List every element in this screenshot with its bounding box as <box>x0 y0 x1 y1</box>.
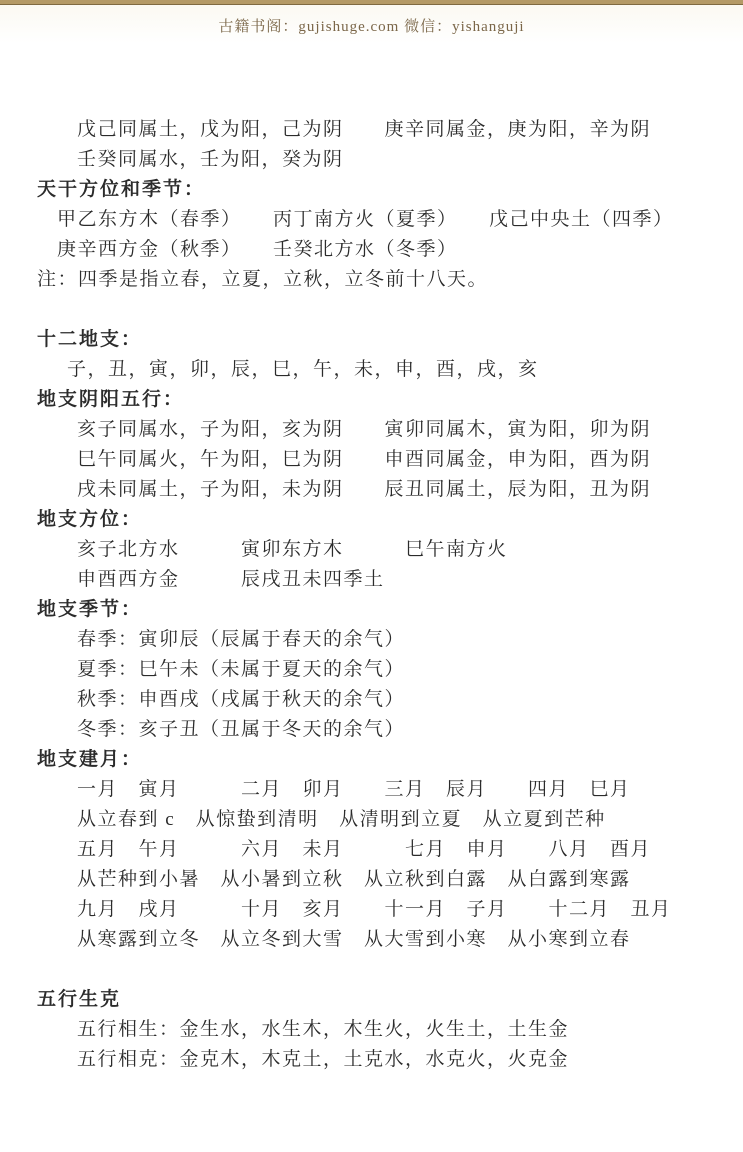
section-heading: 地支阴阳五行： <box>37 385 723 415</box>
text-line: 五行相生：金生水，水生木，木生火，火生土，土生金 <box>37 1015 723 1045</box>
text-line: 夏季：巳午未（未属于夏天的余气） <box>37 655 723 685</box>
text-line: 戌未同属土，子为阳，未为阴 辰丑同属土，辰为阳，丑为阴 <box>37 475 723 505</box>
text-line: 申酉西方金 辰戌丑未四季土 <box>37 565 723 595</box>
text-line: 九月 戌月 十月 亥月 十一月 子月 十二月 丑月 <box>37 895 723 925</box>
text-line: 亥子同属水，子为阳，亥为阴 寅卯同属木，寅为阳，卯为阴 <box>37 415 723 445</box>
text-line: 壬癸同属水，壬为阳，癸为阴 <box>37 145 723 175</box>
text-line: 从芒种到小暑 从小暑到立秋 从立秋到白露 从白露到寒露 <box>37 865 723 895</box>
document-body: 戊己同属土，戊为阳，己为阴 庚辛同属金，庚为阳，辛为阴壬癸同属水，壬为阳，癸为阴… <box>37 115 723 1075</box>
text-line: 春季：寅卯辰（辰属于春天的余气） <box>37 625 723 655</box>
section-heading: 地支季节： <box>37 595 723 625</box>
blank-line <box>37 295 723 325</box>
section-heading: 十二地支： <box>37 325 723 355</box>
section-heading: 地支方位： <box>37 505 723 535</box>
text-line: 亥子北方水 寅卯东方木 巳午南方火 <box>37 535 723 565</box>
text-line: 巳午同属火，午为阳，巳为阴 申酉同属金，申为阳，酉为阴 <box>37 445 723 475</box>
section-heading: 地支建月： <box>37 745 723 775</box>
text-line: 庚辛西方金（秋季） 壬癸北方水（冬季） <box>37 235 723 265</box>
blank-line <box>37 955 723 985</box>
section-heading: 天干方位和季节： <box>37 175 723 205</box>
text-line: 五行相克：金克木，木克土，土克水，水克火，火克金 <box>37 1045 723 1075</box>
site-watermark: 古籍书阁：gujishuge.com 微信：yishanguji <box>0 5 743 43</box>
section-heading: 五行生克 <box>37 985 723 1015</box>
site-watermark-text: 古籍书阁：gujishuge.com 微信：yishanguji <box>218 19 524 35</box>
text-line: 戊己同属土，戊为阳，己为阴 庚辛同属金，庚为阳，辛为阴 <box>37 115 723 145</box>
text-line: 从立春到 c 从惊蛰到清明 从清明到立夏 从立夏到芒种 <box>37 805 723 835</box>
text-line: 甲乙东方木（春季） 丙丁南方火（夏季） 戊己中央土（四季） <box>37 205 723 235</box>
text-line: 注：四季是指立春，立夏，立秋，立冬前十八天。 <box>37 265 723 295</box>
text-line: 一月 寅月 二月 卯月 三月 辰月 四月 巳月 <box>37 775 723 805</box>
text-line: 冬季：亥子丑（丑属于冬天的余气） <box>37 715 723 745</box>
text-line: 秋季：申酉戌（戌属于秋天的余气） <box>37 685 723 715</box>
text-line: 从寒露到立冬 从立冬到大雪 从大雪到小寒 从小寒到立春 <box>37 925 723 955</box>
text-line: 子，丑，寅，卯，辰，巳，午，未，申，酉，戌，亥 <box>37 355 723 385</box>
text-line: 五月 午月 六月 未月 七月 申月 八月 酉月 <box>37 835 723 865</box>
